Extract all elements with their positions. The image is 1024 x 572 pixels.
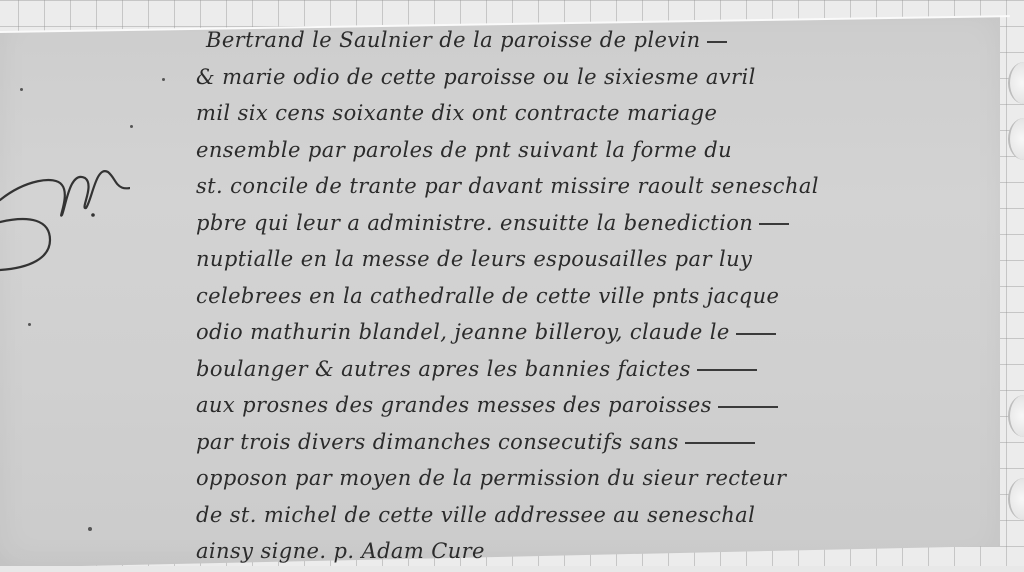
line-text: ensemble par paroles de pnt suivant la f…	[196, 138, 732, 162]
manuscript-line: ensemble par paroles de pnt suivant la f…	[196, 132, 1011, 169]
line-text: mil six cens soixante dix ont contracte …	[196, 101, 717, 125]
line-text: & marie odio de cette paroisse ou le six…	[196, 65, 756, 89]
line-text: Bertrand le Saulnier de la paroisse de p…	[206, 28, 701, 52]
manuscript-line: Bertrand le Saulnier de la paroisse de p…	[196, 22, 1011, 59]
line-text: pbre qui leur a administre. ensuitte la …	[196, 211, 753, 235]
ink-speck	[162, 78, 165, 81]
manuscript-line: opposon par moyen de la permission du si…	[196, 460, 1011, 497]
line-text: boulanger & autres apres les bannies fai…	[196, 357, 691, 381]
manuscript-line: boulanger & autres apres les bannies fai…	[196, 351, 1011, 388]
line-text: opposon par moyen de la permission du si…	[196, 466, 787, 490]
manuscript-line: st. concile de trante par davant missire…	[196, 168, 1011, 205]
ink-speck	[130, 125, 133, 128]
line-text: st. concile de trante par davant missire…	[196, 174, 819, 198]
line-text: nuptialle en la messe de leurs espousail…	[196, 247, 752, 271]
manuscript-line: celebrees en la cathedralle de cette vil…	[196, 278, 1011, 315]
manuscript-line: & marie odio de cette paroisse ou le six…	[196, 59, 1011, 96]
manuscript-line: nuptialle en la messe de leurs espousail…	[196, 241, 1011, 278]
manuscript-line: aux prosnes des grandes messes des paroi…	[196, 387, 1011, 424]
line-text: ainsy signe. p. Adam Cure	[196, 539, 485, 563]
graph-paper-bottom	[0, 566, 1024, 572]
line-text: celebrees en la cathedralle de cette vil…	[196, 284, 779, 308]
line-text: odio mathurin blandel, jeanne billeroy, …	[196, 320, 730, 344]
ink-speck	[20, 88, 23, 91]
manuscript-line: odio mathurin blandel, jeanne billeroy, …	[196, 314, 1011, 351]
margin-annotation-m-flourish	[0, 160, 130, 280]
manuscript-line: ainsy signe. p. Adam Cure	[196, 533, 1011, 570]
ink-speck	[88, 527, 92, 531]
line-text: aux prosnes des grandes messes des paroi…	[196, 393, 712, 417]
manuscript-line: de st. michel de cette ville addressee a…	[196, 497, 1011, 534]
line-text: de st. michel de cette ville addressee a…	[196, 503, 755, 527]
manuscript-line: mil six cens soixante dix ont contracte …	[196, 95, 1011, 132]
manuscript-text: Bertrand le Saulnier de la paroisse de p…	[196, 22, 1011, 570]
line-text: par trois divers dimanches consecutifs s…	[196, 430, 679, 454]
manuscript-line: par trois divers dimanches consecutifs s…	[196, 424, 1011, 461]
ink-speck	[28, 323, 31, 326]
scanned-page: Bertrand le Saulnier de la paroisse de p…	[0, 0, 1024, 572]
manuscript-line: pbre qui leur a administre. ensuitte la …	[196, 205, 1011, 242]
